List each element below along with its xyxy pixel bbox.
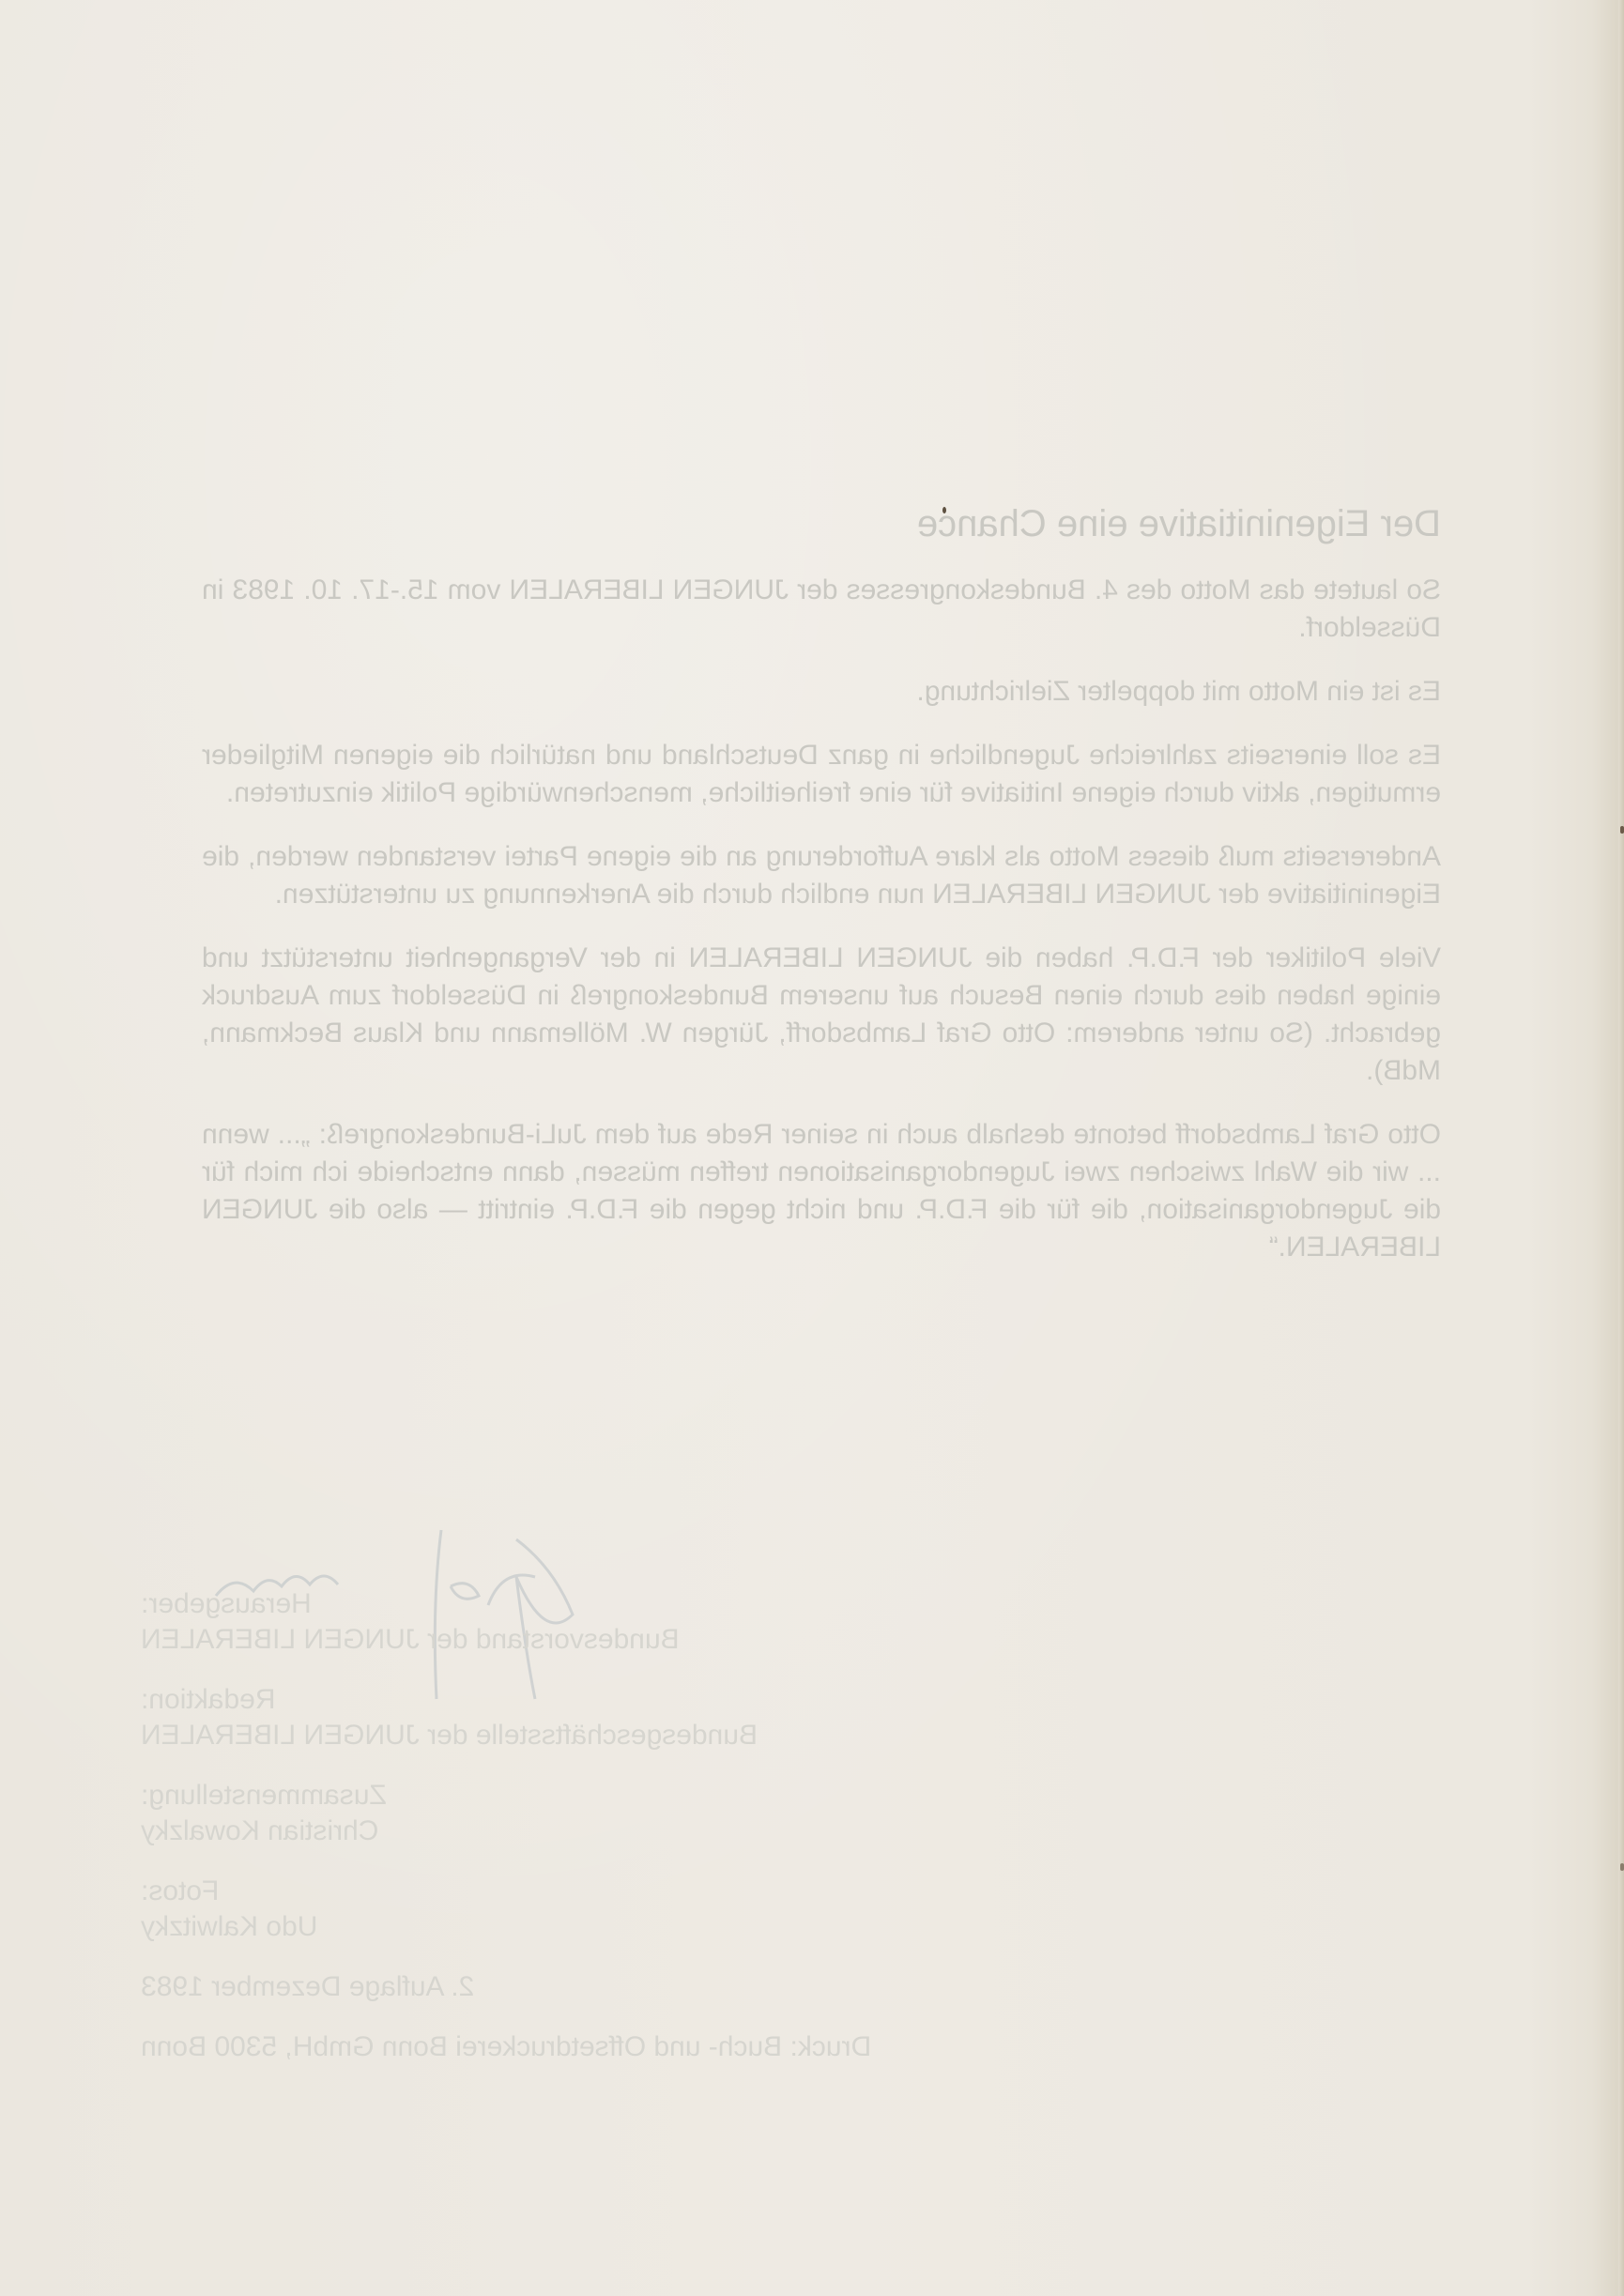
edge-mark [1620,1863,1624,1871]
imprint-printer: Druck: Buch- und Offsetdruckerei Bonn Gm… [141,2029,1267,2065]
bleed-paragraph: Es soll einerseits zahlreiche Jugendlich… [202,737,1441,812]
imprint-label: Redaktion: [141,1682,1267,1718]
bleed-imprint: Herausgeber: Bundesvorstand der JUNGEN L… [141,1586,1267,2089]
bleed-paragraph: So lautete das Motto des 4. Bundeskongre… [202,572,1441,647]
bleed-paragraph: Andererseits muß dieses Motto als klare … [202,838,1441,913]
bleed-through-text: Der Eigeninitiative eine Chance So laute… [202,502,1441,1293]
bleed-title: Der Eigeninitiative eine Chance [202,502,1441,545]
imprint-value: Bundesgeschäftsstelle der JUNGEN LIBERAL… [141,1718,1267,1753]
imprint-group: Fotos: Udo Kalwitzky [141,1874,1267,1945]
imprint-value: Christian Kowalzky [141,1814,1267,1849]
imprint-label: Herausgeber: [141,1586,1267,1622]
bleed-paragraph: Es ist ein Motto mit doppelter Zielricht… [202,673,1441,711]
edge-mark [1620,826,1624,834]
imprint-group: Herausgeber: Bundesvorstand der JUNGEN L… [141,1586,1267,1658]
imprint-value: Bundesvorstand der JUNGEN LIBERALEN [141,1622,1267,1658]
imprint-group: Zusammenstellung: Christian Kowalzky [141,1778,1267,1849]
bleed-paragraph: Otto Graf Lambsdorff betonte deshalb auc… [202,1116,1441,1266]
imprint-group: Redaktion: Bundesgeschäftsstelle der JUN… [141,1682,1267,1753]
bleed-paragraph: Viele Politiker der F.D.P. haben die JUN… [202,940,1441,1090]
imprint-value: Udo Kalwitzky [141,1909,1267,1945]
page-edge-shadow [1618,0,1624,2296]
imprint-label: Zusammenstellung: [141,1778,1267,1814]
imprint-label: Fotos: [141,1874,1267,1909]
imprint-edition: 2. Auflage Dezember 1983 [141,1969,1267,2005]
